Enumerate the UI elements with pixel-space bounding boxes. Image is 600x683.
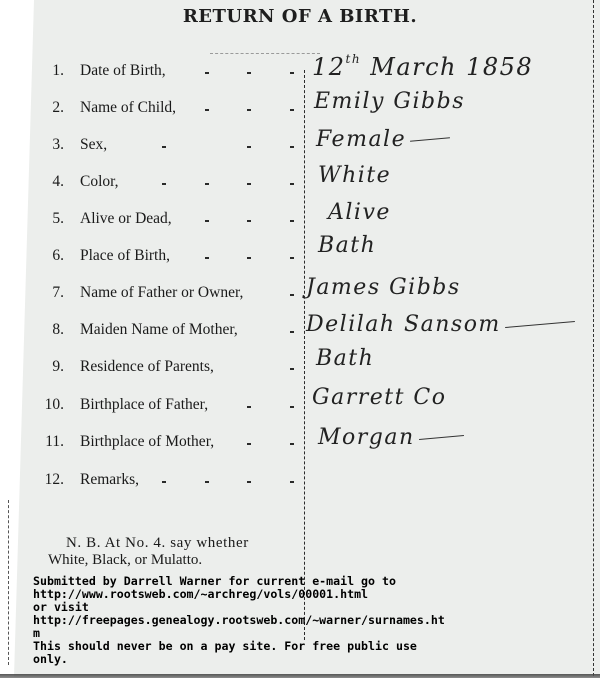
field-number: 4.: [52, 173, 64, 191]
field-label: Date of Birth,: [80, 62, 166, 80]
leader-dot: [205, 257, 209, 259]
field-number: 9.: [52, 358, 64, 376]
field-name-of-father: 7. Name of Father or Owner,: [40, 284, 302, 308]
date-month-year: March 1858: [361, 53, 533, 81]
sex-text: Female: [316, 127, 406, 152]
field-label: Color,: [80, 173, 119, 191]
value-maiden-name-of-mother: Delilah Sansom: [306, 312, 575, 337]
date-ordinal: th: [346, 52, 362, 66]
field-color: 4. Color,: [40, 173, 302, 197]
date-day: 12: [312, 53, 346, 81]
field-alive-or-dead: 5. Alive or Dead,: [40, 210, 302, 234]
leader-dot: [162, 146, 166, 148]
leader-dot: [205, 220, 209, 222]
overlay-url-1: http://www.rootsweb.com/~archreg/vols/00…: [33, 587, 368, 601]
leader-dot: [290, 294, 294, 296]
value-sex: Female: [316, 127, 450, 152]
leader-dot: [247, 72, 251, 74]
leader-dot: [290, 72, 294, 74]
overlay-line-6: This should never be on a pay site. For …: [33, 639, 417, 653]
leader-dot: [290, 183, 294, 185]
form-right-border: [593, 0, 594, 676]
title-divider: [210, 53, 320, 54]
footnote: N. B. At No. 4. say whether White, Black…: [48, 535, 298, 569]
field-label: Alive or Dead,: [80, 210, 172, 228]
field-residence-of-parents: 9. Residence of Parents,: [40, 358, 302, 382]
field-name-of-child: 2. Name of Child,: [40, 99, 302, 123]
leader-dot: [290, 481, 294, 483]
leader-dot: [247, 183, 251, 185]
overlay-line-1: Submitted by Darrell Warner for current …: [33, 574, 396, 588]
field-place-of-birth: 6. Place of Birth,: [40, 247, 302, 271]
leader-dot: [205, 183, 209, 185]
leader-dot: [290, 368, 294, 370]
column-divider: [304, 70, 305, 640]
paper-left-edge: [8, 500, 9, 665]
field-date-of-birth: 1. Date of Birth,: [40, 62, 302, 86]
leader-dot: [290, 220, 294, 222]
field-label: Name of Child,: [80, 99, 176, 117]
field-label: Maiden Name of Mother,: [80, 321, 238, 339]
field-number: 6.: [52, 247, 64, 265]
value-color: White: [318, 163, 391, 188]
field-number: 1.: [52, 62, 64, 80]
field-label: Remarks,: [80, 471, 139, 489]
value-name-of-child: Emily Gibbs: [314, 89, 465, 114]
footnote-line-1: N. B. At No. 4. say whether: [48, 535, 298, 552]
leader-dot: [162, 183, 166, 185]
value-name-of-father: James Gibbs: [306, 275, 461, 300]
value-alive-or-dead: Alive: [328, 200, 391, 225]
pen-flourish: [410, 137, 450, 141]
value-birthplace-of-mother: Morgan: [318, 425, 464, 450]
leader-dot: [290, 109, 294, 111]
field-number: 2.: [52, 99, 64, 117]
overlay-line-3: or visit: [33, 600, 89, 614]
leader-dot: [247, 443, 251, 445]
leader-dot: [290, 257, 294, 259]
field-number: 11.: [45, 433, 64, 451]
leader-dot: [205, 481, 209, 483]
field-label: Birthplace of Father,: [80, 396, 208, 414]
field-number: 5.: [52, 210, 64, 228]
field-label: Place of Birth,: [80, 247, 170, 265]
leader-dot: [290, 406, 294, 408]
pen-flourish: [419, 435, 464, 440]
overlay-line-7: only.: [33, 652, 68, 666]
leader-dot: [247, 257, 251, 259]
field-number: 7.: [52, 284, 64, 302]
field-sex: 3. Sex,: [40, 136, 302, 160]
field-number: 8.: [52, 321, 64, 339]
scanned-document: RETURN OF A BIRTH. 1. Date of Birth, 2. …: [0, 0, 600, 683]
document-title: RETURN OF A BIRTH.: [0, 6, 600, 27]
leader-dot: [247, 406, 251, 408]
leader-dot: [247, 109, 251, 111]
field-number: 3.: [52, 136, 64, 154]
leader-dot: [247, 220, 251, 222]
value-date-of-birth: 12th March 1858: [312, 52, 533, 81]
field-maiden-name-of-mother: 8. Maiden Name of Mother,: [40, 321, 302, 345]
field-label: Birthplace of Mother,: [80, 433, 214, 451]
field-birthplace-of-mother: 11. Birthplace of Mother,: [40, 433, 302, 457]
birthplace-mother-text: Morgan: [318, 425, 415, 450]
value-birthplace-of-father: Garrett Co: [312, 385, 447, 410]
overlay-url-2: http://freepages.genealogy.rootsweb.com/…: [33, 613, 445, 627]
field-label: Residence of Parents,: [80, 358, 214, 376]
overlay-url-2-wrap: m: [33, 626, 40, 640]
leader-dot: [205, 72, 209, 74]
leader-dot: [290, 146, 294, 148]
leader-dot: [290, 443, 294, 445]
field-label: Name of Father or Owner,: [80, 284, 243, 302]
submitter-overlay-text: Submitted by Darrell Warner for current …: [33, 575, 445, 666]
leader-dot: [247, 146, 251, 148]
leader-dot: [162, 481, 166, 483]
field-birthplace-of-father: 10. Birthplace of Father,: [40, 396, 302, 420]
field-remarks: 12. Remarks,: [40, 471, 302, 495]
value-residence-of-parents: Bath: [316, 346, 374, 371]
leader-dot: [290, 331, 294, 333]
leader-dot: [247, 481, 251, 483]
field-label: Sex,: [80, 136, 107, 154]
leader-dot: [205, 109, 209, 111]
maiden-name-text: Delilah Sansom: [306, 312, 501, 337]
value-place-of-birth: Bath: [318, 233, 376, 258]
paper-bottom-edge: [0, 674, 600, 678]
pen-flourish: [505, 321, 575, 328]
field-number: 10.: [45, 396, 64, 414]
field-number: 12.: [45, 471, 64, 489]
footnote-line-2: White, Black, or Mulatto.: [48, 552, 298, 569]
